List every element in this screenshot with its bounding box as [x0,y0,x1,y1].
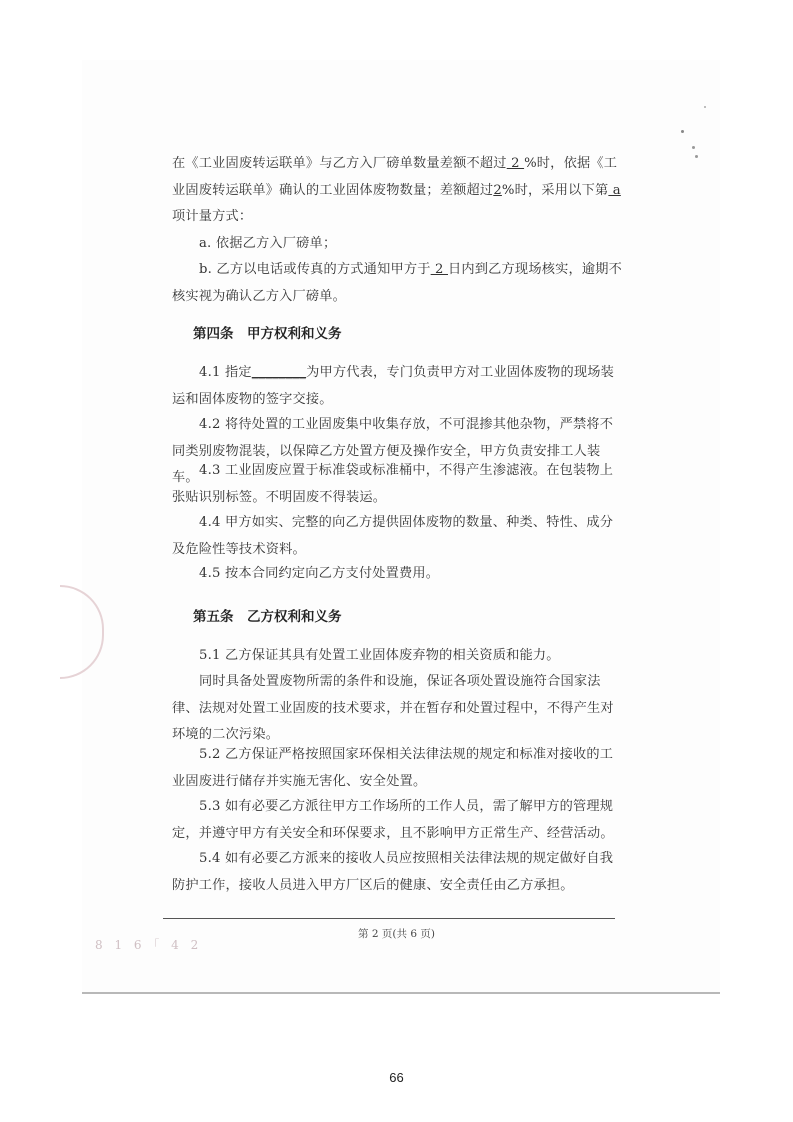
scan-speck [681,130,684,133]
text: 4.5 按本合同约定向乙方支付处置费用。 [199,566,439,581]
blank-field: 2 [507,156,524,171]
clause-5-3: 5.3 如有必要乙方派往甲方工作场所的工作人员，需了解甲方的管理规定，并遵守甲方… [172,794,624,847]
clause-5-4: 5.4 如有必要乙方派来的接收人员应按照相关法律法规的规定做好自我防护工作，接收… [172,846,624,899]
clause-4-3: 4.3 工业固废应置于标准袋或标准桶中，不得产生渗滤液。在包装物上张贴识别标签。… [172,458,624,511]
footer-divider [163,918,615,919]
intro-paragraph: 在《工业固废转运联单》与乙方入厂磅单数量差额不超过 2 %时，依据《工业固废转运… [172,151,624,231]
clause-5-1: 5.1 乙方保证其具有处置工业固体废弃物的相关资质和能力。 [172,643,624,670]
text: 4.1 指定 [199,365,252,380]
outer-page-number: 66 [0,1070,793,1085]
clause-4-5: 4.5 按本合同约定向乙方支付处置费用。 [172,561,624,588]
text: 项计量方式： [172,209,252,224]
item-b: b. 乙方以电话或传真的方式通知甲方于 2 日内到乙方现场核实，逾期不核实视为确… [172,257,624,310]
scan-speck [704,106,706,108]
scan-speck [692,146,695,149]
clause-5-2: 5.2 乙方保证严格按照国家环保相关法律法规的规定和标准对接收的工业固废进行储存… [172,742,624,795]
text: a. 依据乙方入厂磅单； [199,236,336,251]
text: 同时具备处置废物所需的条件和设施，保证各项处置设施符合国家法律、法规对处置工业固… [172,674,614,742]
blank-field: a [608,183,620,198]
item-a: a. 依据乙方入厂磅单； [172,231,624,258]
text: %时，采用以下第 [502,183,608,198]
text: 在《工业固废转运联单》与乙方入厂磅单数量差额不超过 [172,156,507,171]
text: 5.1 乙方保证其具有处置工业固体废弃物的相关资质和能力。 [199,648,560,663]
clause-5-1-cont: 同时具备处置废物所需的条件和设施，保证各项处置设施符合国家法律、法规对处置工业固… [172,669,624,749]
section-heading: 第四条 甲方权利和义务 [193,322,342,342]
text: 5.4 如有必要乙方派来的接收人员应按照相关法律法规的规定做好自我防护工作，接收… [172,851,613,893]
blank-field: ________ [252,365,306,380]
text: 4.3 工业固废应置于标准袋或标准桶中，不得产生渗滤液。在包装物上张贴识别标签。… [172,463,613,505]
text: b. 乙方以电话或传真的方式通知甲方于 [199,262,431,277]
text: 5.2 乙方保证严格按照国家环保相关法律法规的规定和标准对接收的工业固废进行储存… [172,747,613,789]
clause-4-1: 4.1 指定________为甲方代表，专门负责甲方对工业固体废物的现场装运和固… [172,360,624,413]
text: 4.4 甲方如实、完整的向乙方提供固体废物的数量、种类、特性、成分及危险性等技术… [172,515,613,557]
scan-speck [695,155,698,158]
blank-field: 2 [493,183,502,198]
clause-4-4: 4.4 甲方如实、完整的向乙方提供固体废物的数量、种类、特性、成分及危险性等技术… [172,510,624,563]
faded-stamp-text: 8 1 6 ｢ 4 2 [95,936,202,953]
blank-field: 2 [431,262,448,277]
section-heading: 第五条 乙方权利和义务 [193,605,342,625]
text: 5.3 如有必要乙方派往甲方工作场所的工作人员，需了解甲方的管理规定，并遵守甲方… [172,799,614,841]
